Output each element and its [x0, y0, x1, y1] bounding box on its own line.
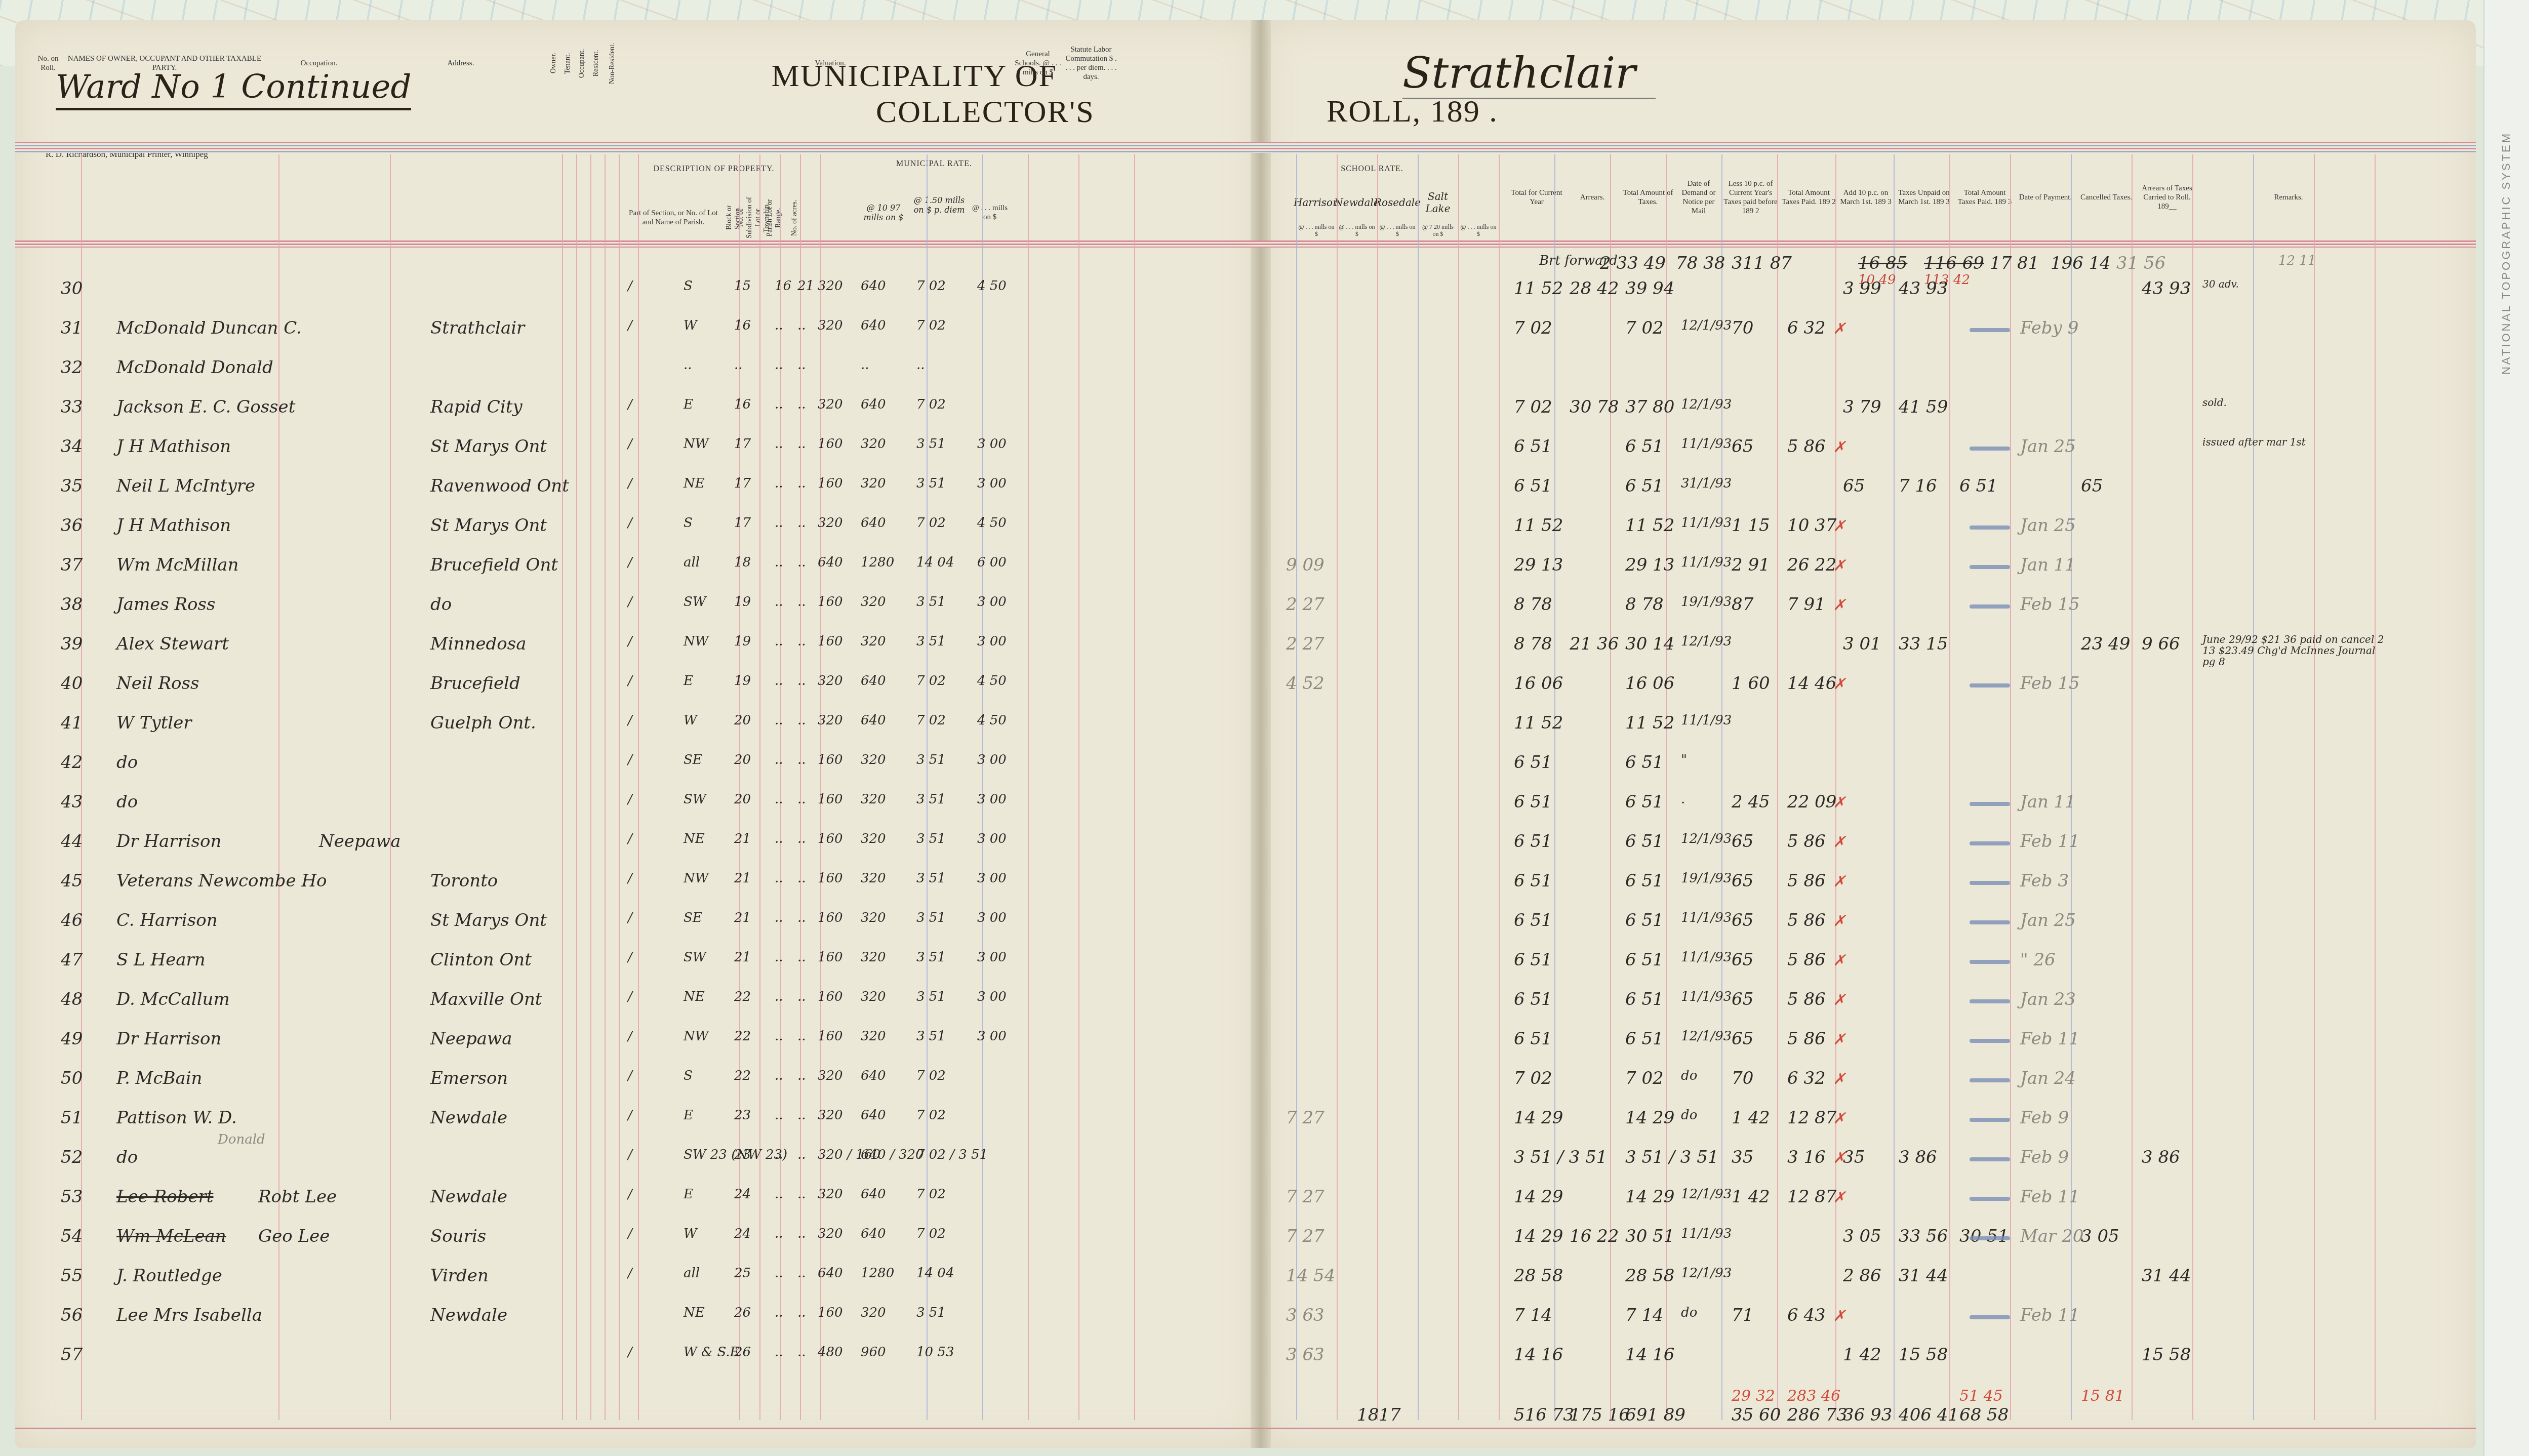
- school-rate: 7 27: [1286, 1108, 1324, 1128]
- owner-name: Neil L McIntyre: [116, 476, 255, 496]
- address: Emerson: [430, 1068, 508, 1088]
- table-row-left: 36J H MathisonSt Marys Ont/S17....320640…: [46, 510, 1251, 546]
- less-10pc: 71: [1732, 1305, 1753, 1325]
- subdivision: ..: [775, 397, 783, 412]
- roll-number: 38: [61, 594, 83, 615]
- valuation: 320: [861, 910, 886, 925]
- date-of-payment: " 26: [2020, 950, 2056, 970]
- municipal-tax: 7 02: [916, 1108, 946, 1123]
- date-of-demand: 11/1/93: [1681, 515, 1732, 531]
- total-current-year: 29 13: [1514, 555, 1563, 575]
- part-of-section: SE: [684, 752, 702, 767]
- municipal-tax: 3 51: [916, 950, 946, 965]
- add-10pc: 3 01: [1843, 634, 1881, 654]
- non-resident-mark: /: [628, 673, 632, 689]
- section: 18: [734, 555, 751, 570]
- valuation: 320: [861, 950, 886, 965]
- school-rate: 9 09: [1286, 555, 1324, 575]
- total-taxes: 14 29: [1625, 1187, 1674, 1207]
- paid-dash-mark: [1970, 1236, 2010, 1240]
- valuation: 320: [861, 871, 886, 886]
- total-taxes: 8 78: [1625, 594, 1664, 615]
- tenant-header: Tenant.: [561, 20, 575, 106]
- roll-number: 37: [61, 555, 83, 575]
- date-of-payment: Jan 24: [2020, 1068, 2076, 1088]
- acres: 160: [818, 910, 843, 925]
- valuation: 320: [861, 476, 886, 491]
- roll-number: 31: [61, 318, 83, 338]
- payment-check-mark: ✗: [1833, 438, 1845, 456]
- total-taxes: 29 13: [1625, 555, 1674, 575]
- total-taxes: 39 94: [1625, 278, 1674, 299]
- total-taxes: 37 80: [1625, 397, 1674, 417]
- owner-name: do: [116, 752, 138, 773]
- total-paid: 3 16: [1787, 1147, 1826, 1167]
- section: 24: [734, 1226, 751, 1241]
- bf-less-10pc: 16 85: [1858, 253, 1907, 273]
- arrears: 30 78: [1570, 397, 1619, 417]
- subdivision: ..: [775, 831, 783, 846]
- paid-dash-mark: [1970, 841, 2010, 845]
- statute-labor: 3 00: [977, 752, 1007, 767]
- non-resident-mark: /: [628, 318, 632, 333]
- subdivision: ..: [775, 436, 783, 452]
- owner-name: Lee Robert: [116, 1187, 214, 1207]
- date-of-payment: Feby 9: [2020, 318, 2078, 338]
- total-current-year: 11 52: [1514, 278, 1563, 299]
- non-resident-mark: /: [628, 515, 632, 531]
- arrears: 21 36: [1570, 634, 1619, 654]
- subdivision: ..: [775, 594, 783, 610]
- valuation: 640: [861, 1226, 886, 1241]
- taxes-unpaid: 43 93: [1899, 278, 1948, 299]
- school-name-0: Harrison: [1296, 185, 1337, 220]
- part-of-section: NW: [684, 871, 708, 886]
- section: 22: [734, 989, 751, 1004]
- rate-taxes-header: @ 10 97 mills on $: [856, 185, 911, 240]
- municipal-tax: 7 02: [916, 397, 946, 412]
- table-row-left: 53Lee RobertNewdale/E24....3206407 02Rob…: [46, 1182, 1251, 1217]
- non-resident-mark: /: [628, 1226, 632, 1241]
- owner-name: Dr Harrison: [116, 1029, 221, 1049]
- no-on-roll-header: No. on Roll.: [30, 20, 66, 106]
- date-of-demand: 11/1/93: [1681, 555, 1732, 570]
- subdivision: ..: [775, 1305, 783, 1320]
- payment-check-mark: ✗: [1833, 517, 1845, 535]
- arrears-carried: 9 66: [2142, 634, 2180, 654]
- add-10pc: 3 05: [1843, 1226, 1881, 1246]
- range: ..: [797, 713, 806, 728]
- municipal-tax: 3 51: [916, 989, 946, 1004]
- section: 19: [734, 634, 751, 649]
- less-10pc: 65: [1732, 871, 1753, 891]
- acres: 320: [818, 1068, 843, 1083]
- subdivision: ..: [775, 634, 783, 649]
- school-rate: 2 27: [1286, 594, 1324, 615]
- payment-check-mark: ✗: [1833, 596, 1845, 614]
- range: ..: [797, 594, 806, 610]
- non-resident-header: Non-Resident.: [604, 20, 622, 106]
- owner-name: W Tytler: [116, 713, 192, 733]
- total-current-year: 6 51: [1514, 792, 1552, 812]
- non-resident-mark: /: [628, 1029, 632, 1044]
- bf-total-paid-2: 31 56: [2116, 253, 2165, 273]
- range: ..: [797, 476, 806, 491]
- paid-dash-mark: [1970, 881, 2010, 885]
- total-taxes: 3 51 / 3 51: [1625, 1147, 1718, 1167]
- municipal-tax: 3 51: [916, 871, 946, 886]
- subdivision: ..: [775, 950, 783, 965]
- school-rate: 7 27: [1286, 1187, 1324, 1207]
- roll-number: 55: [61, 1266, 83, 1286]
- paid-dash-mark: [1970, 1315, 2010, 1319]
- range: ..: [797, 1345, 806, 1360]
- total-current-year: 6 51: [1514, 831, 1552, 852]
- part-of-section: E: [684, 1187, 693, 1202]
- address: Guelph Ont.: [430, 713, 536, 733]
- totals-paid-march: 68 58: [1959, 1405, 2009, 1425]
- non-resident-mark: /: [628, 1147, 632, 1162]
- table-row-left: 41W TytlerGuelph Ont./W20....3206407 024…: [46, 708, 1251, 743]
- statute-labor: 3 00: [977, 1029, 1007, 1044]
- date-demand-header: Date of Demand or Notice per Mail: [1676, 154, 1721, 240]
- table-row-right: 7 027 02do706 32Jan 24✗: [1276, 1063, 2481, 1099]
- section: 21: [734, 831, 751, 846]
- non-resident-mark: /: [628, 713, 632, 728]
- municipal-rate-group-header: MUNICIPAL RATE.: [856, 159, 1013, 169]
- address: St Marys Ont: [430, 910, 547, 931]
- table-row-left: 45Veterans Newcombe HoToronto/NW21....16…: [46, 866, 1251, 901]
- add-10pc: 3 99: [1843, 278, 1881, 299]
- bf-arrears: 78 38: [1676, 253, 1725, 273]
- bf-total-current: 2 33 49: [1600, 253, 1666, 273]
- total-current-year: 6 51: [1514, 910, 1552, 931]
- date-of-demand: 11/1/93: [1681, 1226, 1732, 1241]
- total-taxes: 6 51: [1625, 792, 1664, 812]
- acres: 640: [818, 555, 843, 570]
- table-row-left: 39Alex StewartMinnedosa/NW19....1603203 …: [46, 629, 1251, 664]
- statute-labor: 3 00: [977, 871, 1007, 886]
- table-row-left: 57/W & S.E26....48096010 53: [46, 1340, 1251, 1375]
- owner-name: Veterans Newcombe Ho: [116, 871, 327, 891]
- section: 24: [734, 1187, 751, 1202]
- acres: 160: [818, 871, 843, 886]
- date-of-payment: Feb 11: [2020, 1029, 2080, 1049]
- date-of-demand: .: [1681, 792, 1685, 807]
- statute-labor: 4 50: [977, 673, 1007, 689]
- table-row-right: [1276, 352, 2481, 388]
- range: 21: [797, 278, 814, 294]
- paid-dash-mark: [1970, 525, 2010, 530]
- non-resident-mark: /: [628, 950, 632, 965]
- range: ..: [797, 989, 806, 1004]
- payment-check-mark: ✗: [1833, 1149, 1845, 1167]
- part-of-section: SE: [684, 910, 702, 925]
- acres: 320: [818, 1108, 843, 1123]
- municipal-tax: 3 51: [916, 752, 946, 767]
- table-row-left: 46C. HarrisonSt Marys Ont/SE21....160320…: [46, 905, 1251, 941]
- school-name-2: Rosedale: [1377, 185, 1418, 220]
- total-taxes-header: Total Amount of Taxes.: [1620, 154, 1676, 240]
- address: Brucefield Ont: [430, 555, 558, 575]
- section: 22: [734, 1068, 751, 1083]
- total-paid: 10 37: [1787, 515, 1836, 536]
- totals-school: 1817: [1357, 1405, 1401, 1425]
- part-of-section: S: [684, 515, 693, 531]
- background-map-edge: NATIONAL TOPOGRAPHIC SYSTEM: [2483, 0, 2529, 1456]
- total-current-year: 28 58: [1514, 1266, 1563, 1286]
- acres: 160: [818, 989, 843, 1004]
- paid-dash-mark: [1970, 802, 2010, 806]
- date-of-payment: Jan 25: [2020, 436, 2076, 457]
- totals-unpaid: 406 41: [1899, 1405, 1959, 1425]
- paid-dash-mark: [1970, 565, 2010, 569]
- names-header: NAMES OF OWNER, OCCUPANT AND OTHER TAXAB…: [66, 20, 263, 106]
- table-row-left: 56Lee Mrs IsabellaNewdaleNE26....1603203…: [46, 1300, 1251, 1336]
- date-of-demand: 31/1/93: [1681, 476, 1732, 491]
- payment-check-mark: ✗: [1833, 1031, 1845, 1048]
- table-row-right: 6 516 5112/1/93655 86Feb 11✗: [1276, 1024, 2481, 1059]
- total-current-year: 7 02: [1514, 318, 1552, 338]
- less-10pc: 1 42: [1732, 1187, 1770, 1207]
- table-row-right: 6 516 5119/1/93655 86Feb 3✗: [1276, 866, 2481, 901]
- owner-name: D. McCallum: [116, 989, 230, 1009]
- owner-name: Wm McLean: [116, 1226, 226, 1246]
- acres: 160: [818, 792, 843, 807]
- statute-labor: 3 00: [977, 436, 1007, 452]
- non-resident-mark: /: [628, 278, 632, 294]
- school-rate: 2 27: [1286, 634, 1324, 654]
- subdivision: ..: [775, 1266, 783, 1281]
- table-row-left: 34J H MathisonSt Marys Ont/NW17....16032…: [46, 431, 1251, 467]
- acres: 320: [818, 397, 843, 412]
- paid-dash-mark: [1970, 920, 2010, 924]
- total-paid-2-header: Total Amount Taxes Paid. 189 3: [1954, 154, 2015, 240]
- valuation: 320: [861, 831, 886, 846]
- totals-total-taxes: 691 89: [1625, 1405, 1685, 1425]
- less-10pc: 65: [1732, 910, 1753, 931]
- part-of-section: W & S.E: [684, 1345, 740, 1360]
- address: Neepawa: [430, 1029, 512, 1049]
- school-rate: 3 63: [1286, 1345, 1324, 1365]
- owner-name: J H Mathison: [116, 436, 231, 457]
- municipal-tax: 3 51: [916, 910, 946, 925]
- valuation: 960: [861, 1345, 886, 1360]
- cancelled-taxes: 65: [2081, 476, 2103, 496]
- owner-name: Wm McMillan: [116, 555, 238, 575]
- date-of-demand: do: [1681, 1305, 1697, 1320]
- totals-carried-faint: 15 81: [2081, 1387, 2124, 1405]
- total-taxes: 14 29: [1625, 1108, 1674, 1128]
- section: 19: [734, 673, 751, 689]
- owner-name: Dr Harrison: [116, 831, 221, 852]
- range: ..: [797, 673, 806, 689]
- roll-number: 49: [61, 1029, 83, 1049]
- address: Brucefield: [430, 673, 520, 694]
- paid-dash-mark: [1970, 960, 2010, 964]
- section: 17: [734, 436, 751, 452]
- total-taxes: 30 51: [1625, 1226, 1674, 1246]
- table-row-left: 40Neil RossBrucefield/E19....3206407 024…: [46, 668, 1251, 704]
- roll-number: 35: [61, 476, 83, 496]
- non-resident-mark: /: [628, 634, 632, 649]
- table-row-right: 11 5228 4239 943 9943 9343 9330 adv.: [1276, 273, 2481, 309]
- statute-labor: 3 00: [977, 634, 1007, 649]
- roll-number: 40: [61, 673, 83, 694]
- arrears: 16 22: [1570, 1226, 1619, 1246]
- table-row-right: 6 516 5111/1/93655 86Jan 23✗: [1276, 984, 2481, 1020]
- valuation: 640 / 320: [861, 1147, 924, 1162]
- subdivision: ..: [775, 1345, 783, 1360]
- table-row-left: 35Neil L McIntyreRavenwood Ont/NE17....1…: [46, 471, 1251, 506]
- valuation: 640: [861, 673, 886, 689]
- owner-name: McDonald Duncan C.: [116, 318, 302, 338]
- total-taxes: 6 51: [1625, 831, 1664, 852]
- add-10pc: 35: [1843, 1147, 1865, 1167]
- non-resident-mark: /: [628, 752, 632, 767]
- subdivision: ..: [775, 1147, 783, 1162]
- header-band-top: [15, 142, 2476, 153]
- date-of-payment: Feb 3: [2020, 871, 2069, 891]
- less-10pc: 1 60: [1732, 673, 1770, 694]
- school-rate: 14 54: [1286, 1266, 1335, 1286]
- municipal-tax: 14 04: [916, 555, 954, 570]
- total-paid: 22 09: [1787, 792, 1836, 812]
- non-resident-mark: /: [628, 1266, 632, 1281]
- range: ..: [797, 1187, 806, 1202]
- subdivision: ..: [775, 752, 783, 767]
- date-of-demand: 12/1/93: [1681, 1266, 1732, 1281]
- statute-labor: 3 00: [977, 831, 1007, 846]
- non-resident-mark: /: [628, 910, 632, 925]
- section: 23: [734, 1108, 751, 1123]
- range: ..: [797, 1029, 806, 1044]
- valuation: 320: [861, 989, 886, 1004]
- statute-labor: 6 00: [977, 555, 1007, 570]
- statute-labor: 4 50: [977, 515, 1007, 531]
- payment-check-mark: ✗: [1833, 1110, 1845, 1127]
- date-of-demand: 11/1/93: [1681, 910, 1732, 925]
- acres: 160: [818, 950, 843, 965]
- table-row-right: 6 516 5112/1/93655 86Feb 11✗: [1276, 826, 2481, 862]
- range: ..: [797, 1068, 806, 1083]
- range: ..: [797, 357, 806, 373]
- acres: 480: [818, 1345, 843, 1360]
- address: Souris: [430, 1226, 486, 1246]
- owner-name: McDonald Donald: [116, 357, 273, 378]
- address: Rapid City: [430, 397, 523, 417]
- total-paid: 12 87: [1787, 1187, 1836, 1207]
- total-current-year: 7 02: [1514, 1068, 1552, 1088]
- paid-dash-mark: [1970, 1039, 2010, 1043]
- resident-header: Resident.: [589, 20, 604, 106]
- paid-dash-mark: [1970, 328, 2010, 332]
- part-of-section: NE: [684, 476, 705, 491]
- totals-rule: [15, 1428, 2476, 1429]
- valuation: 320: [861, 436, 886, 452]
- section: 17: [734, 515, 751, 531]
- roll-number: 41: [61, 713, 83, 733]
- part-of-section: W: [684, 713, 697, 728]
- date-of-demand: 19/1/93: [1681, 594, 1732, 610]
- total-taxes: 6 51: [1625, 989, 1664, 1009]
- acres-header: No. of acres.: [785, 195, 805, 240]
- acres: 160: [818, 752, 843, 767]
- less-10pc-header: Less 10 p.c. of Current Year's Taxes pai…: [1721, 154, 1780, 240]
- table-row-left: 55J. RoutledgeVirden/all25....640128014 …: [46, 1261, 1251, 1296]
- municipal-tax: 7 02: [916, 515, 946, 531]
- roll-number: 51: [61, 1108, 83, 1128]
- total-current-year: 8 78: [1514, 594, 1552, 615]
- date-of-demand: 12/1/93: [1681, 318, 1732, 333]
- municipal-tax: 7 02: [916, 673, 946, 689]
- total-taxes: 11 52: [1625, 713, 1674, 733]
- paid-dash-mark: [1970, 999, 2010, 1003]
- total-paid: 12 87: [1787, 1108, 1836, 1128]
- valuation: 640: [861, 318, 886, 333]
- roll-number: 43: [61, 792, 83, 812]
- acres: 160: [818, 1305, 843, 1320]
- total-current-year: 8 78: [1514, 634, 1552, 654]
- total-taxes: 28 58: [1625, 1266, 1674, 1286]
- total-current-year: 14 16: [1514, 1345, 1563, 1365]
- valuation: 320: [861, 792, 886, 807]
- paid-dash-mark: [1970, 604, 2010, 609]
- section: 17: [734, 476, 751, 491]
- acres: 320: [818, 318, 843, 333]
- section: 20: [734, 752, 751, 767]
- valuation: ..: [861, 357, 869, 373]
- general-schools-header: General Schools. @ . . . mills on $: [1013, 20, 1063, 106]
- valuation: 640: [861, 515, 886, 531]
- total-paid: 5 86: [1787, 1029, 1826, 1049]
- roll-number: 53: [61, 1187, 83, 1207]
- add-10pc: 2 86: [1843, 1266, 1881, 1286]
- table-row-right: 11 5211 5211/1/931 1510 37Jan 25✗: [1276, 510, 2481, 546]
- part-of-section: E: [684, 1108, 693, 1123]
- less-10pc: 65: [1732, 989, 1753, 1009]
- subdivision: ..: [775, 1187, 783, 1202]
- table-row-right: 6 516 51.2 4522 09Jan 11✗: [1276, 787, 2481, 822]
- paid-dash-mark: [1970, 1197, 2010, 1201]
- table-row-left: 44Dr HarrisonNeepawa/NE21....1603203 513…: [46, 826, 1251, 862]
- date-of-payment: Feb 15: [2020, 594, 2080, 615]
- date-of-payment: Feb 11: [2020, 831, 2080, 852]
- occupant-header: Occupant.: [575, 20, 589, 106]
- total-taxes: 11 52: [1625, 515, 1674, 536]
- total-paid: 6 32: [1787, 318, 1826, 338]
- valuation: 640: [861, 713, 886, 728]
- date-of-demand: 12/1/93: [1681, 397, 1732, 412]
- school-rate: 3 63: [1286, 1305, 1324, 1325]
- table-row-left: 30/S1516213206407 024 50: [46, 273, 1251, 309]
- total-taxes: 14 16: [1625, 1345, 1674, 1365]
- payment-check-mark: ✗: [1833, 952, 1845, 969]
- range: ..: [797, 515, 806, 531]
- valuation: 1280: [861, 555, 894, 570]
- subdivision: ..: [775, 792, 783, 807]
- arrears-carried: 31 44: [2142, 1266, 2191, 1286]
- table-row-right: 6 516 5131/1/93657 166 5165: [1276, 471, 2481, 506]
- municipal-tax: 3 51: [916, 594, 946, 610]
- roll-number: 42: [61, 752, 83, 773]
- subdivision: ..: [775, 713, 783, 728]
- part-of-section: all: [684, 1266, 700, 1281]
- municipal-tax: 3 51: [916, 634, 946, 649]
- cancelled-taxes: 3 05: [2081, 1226, 2119, 1246]
- taxes-unpaid: 41 59: [1899, 397, 1948, 417]
- non-resident-mark: /: [628, 476, 632, 491]
